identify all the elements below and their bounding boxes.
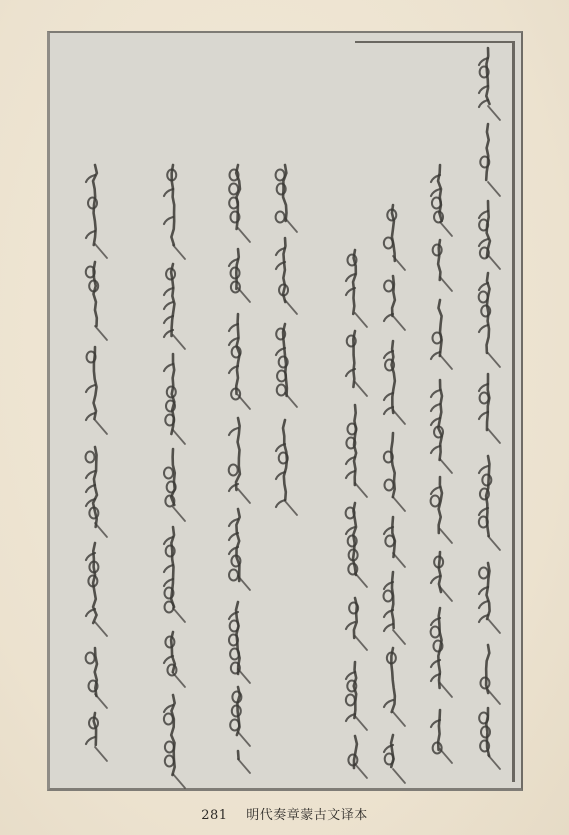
script-column [276, 165, 297, 515]
mongolian-script-columns [0, 0, 569, 835]
script-column [346, 250, 367, 778]
page-number: 281 [201, 808, 227, 823]
script-column [229, 165, 250, 773]
book-title: 明代奏章蒙古文译本 [246, 808, 368, 823]
script-column [479, 48, 500, 769]
script-column [384, 205, 405, 783]
script-column [164, 165, 185, 788]
page-caption: 281 明代奏章蒙古文译本 [0, 804, 569, 823]
script-column [431, 165, 452, 763]
script-column [86, 165, 107, 761]
